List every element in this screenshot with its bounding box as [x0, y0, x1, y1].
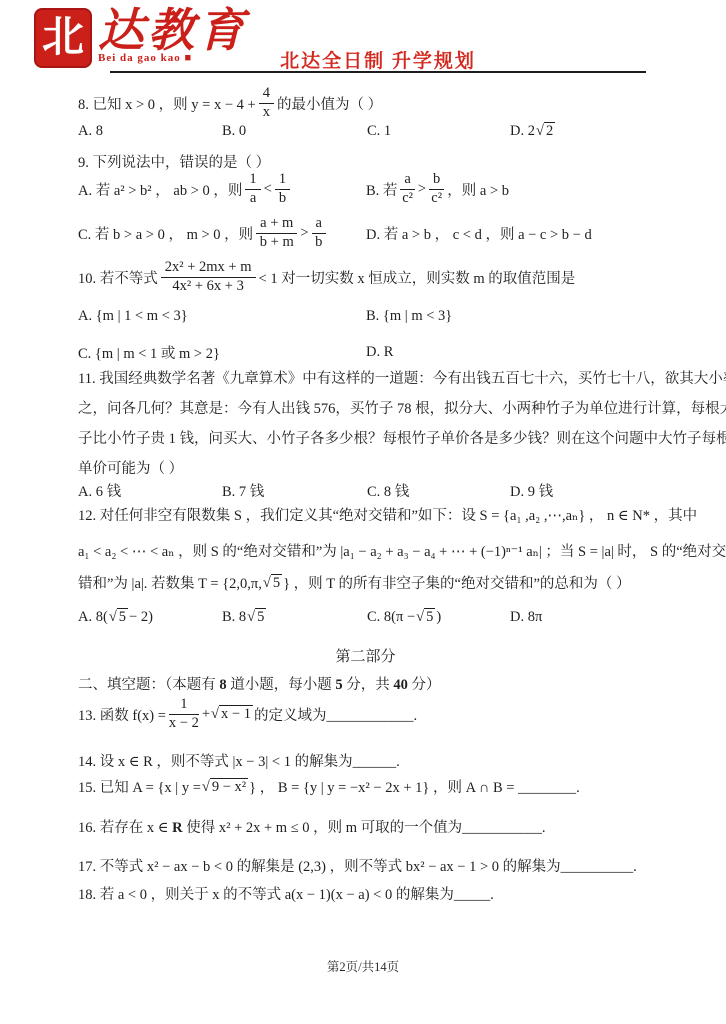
- option-label: C. 若 b > a > 0 ， m > 0 ，则: [78, 223, 253, 244]
- q11-option-a: A. 6 钱: [78, 480, 222, 501]
- q8-option-d: D. 2 √2: [510, 122, 653, 140]
- fraction: a + mb + m: [256, 216, 297, 251]
- fraction-denominator: x − 2: [169, 715, 199, 732]
- option-label: A. 8(: [78, 609, 108, 626]
- option-label: D. 若 a > b ， c < d ，则 a − c > b − d: [366, 223, 592, 244]
- radical-sign: √: [536, 123, 544, 139]
- fraction-denominator: b + m: [256, 234, 297, 251]
- fill-heading-text: 分）: [408, 677, 441, 693]
- q11-option-c: C. 8 钱: [367, 480, 510, 501]
- option-label: A. {m | 1 < m < 3}: [78, 308, 188, 325]
- part-2-heading: 第二部分: [78, 645, 653, 666]
- fill-heading-text: 分，共: [343, 677, 394, 693]
- fraction: ab: [312, 216, 326, 251]
- option-label: D. 2: [510, 123, 535, 140]
- q16-pre: 16. 若存在 x ∈: [78, 820, 172, 836]
- sqrt-expression: √2: [536, 122, 555, 140]
- option-label: B. 7 钱: [222, 480, 264, 501]
- question-13: 13. 函数 f(x) = 1 x − 2 + √x − 1 的定义域为____…: [78, 697, 653, 732]
- option-label: C. 1: [367, 123, 391, 140]
- q8-option-b: B. 0: [222, 122, 367, 140]
- q12-option-a: A. 8( √5 − 2): [78, 608, 222, 626]
- question-11-stem: 11. 我国经典数学名著《九章算术》中有这样的一道题：今有出钱五百七十六，买竹七…: [78, 364, 653, 484]
- exam-page: 北 达教育 Bei da gao kao ■ 北达全日制 升学规划 8. 已知 …: [0, 0, 726, 1024]
- sqrt-expression: √5: [416, 608, 435, 626]
- q12-option-d: D. 8π: [510, 608, 653, 626]
- radical-sign: √: [109, 609, 117, 625]
- q8-option-a: A. 8: [78, 122, 222, 140]
- q11-option-b: B. 7 钱: [222, 480, 367, 501]
- option-label: D. 8π: [510, 609, 542, 626]
- relation-sign: <: [264, 181, 272, 198]
- sqrt-expression: √5: [263, 574, 282, 592]
- option-text: ): [436, 609, 441, 626]
- q8-stem-post: 的最小值为（ ）: [277, 93, 382, 114]
- question-9-options-ab: A. 若 a² > b² ， ab > 0 ，则 1a < 1b B. 若 ac…: [78, 172, 653, 207]
- radicand: x − 1: [219, 705, 253, 723]
- fill-heading-text: 二、填空题：（本题有: [78, 677, 219, 693]
- q13-pre: 13. 函数 f(x) =: [78, 704, 166, 725]
- q8-option-c: C. 1: [367, 122, 510, 140]
- radicand: 5: [424, 608, 435, 626]
- radicand: 5: [271, 574, 282, 592]
- question-10-options-ab: A. {m | 1 < m < 3} B. {m | m < 3}: [78, 308, 653, 325]
- sqrt-expression: √x − 1: [211, 705, 253, 723]
- radicand: 2: [544, 122, 555, 140]
- fraction-denominator: b: [275, 190, 290, 207]
- logo-seal-char: 北: [42, 17, 84, 59]
- q16-real-set: R: [172, 820, 182, 836]
- option-label: B. 0: [222, 123, 246, 140]
- fraction-denominator: c²: [429, 190, 444, 207]
- option-text: − 2): [129, 609, 153, 626]
- q9-option-c: C. 若 b > a > 0 ， m > 0 ，则 a + mb + m > a…: [78, 216, 366, 251]
- fraction: 1a: [245, 172, 260, 207]
- q10-option-c: C. {m | m < 1 或 m > 2}: [78, 342, 366, 363]
- logo-seal: 北: [34, 8, 92, 68]
- option-label: A. 8: [78, 123, 103, 140]
- q11-line1: 11. 我国经典数学名著《九章算术》中有这样的一道题：今有出钱五百七十六，买竹七…: [78, 364, 653, 394]
- radical-sign: √: [211, 706, 219, 722]
- option-label: B. {m | m < 3}: [366, 308, 452, 325]
- radical-sign: √: [247, 609, 255, 625]
- header-rule: [110, 71, 646, 73]
- option-label: A. 6 钱: [78, 480, 121, 501]
- q12-option-c: C. 8(π − √5 ): [367, 608, 510, 626]
- fraction-numerator: 2x² + 2mx + m: [161, 260, 256, 278]
- q12-line1: 12. 对任何非空有限数集 S ，我们定义其“绝对交错和”如下：设 S = {a…: [78, 504, 653, 525]
- q12-line3-post: } ，则 T 的所有非空子集的“绝对交错和”的总和为（ ）: [283, 572, 630, 593]
- fraction-numerator: a + m: [256, 216, 297, 234]
- option-label: B. 8: [222, 609, 246, 626]
- q10-stem-post: < 1 对一切实数 x 恒成立，则实数 m 的取值范围是: [259, 267, 576, 288]
- question-16: 16. 若存在 x ∈ R 使得 x² + 2x + m ≤ 0 ，则 m 可取…: [78, 816, 653, 837]
- plus-sign: +: [202, 706, 210, 723]
- q12-line3-pre: 错和”为 |a|. 若数集 T = {2,0,π,: [78, 572, 262, 593]
- fill-points-total: 40: [393, 677, 408, 693]
- radicand: 9 − x²: [210, 778, 248, 796]
- fill-points-each: 5: [335, 677, 342, 693]
- fill-heading-text: 道小题，每小题: [227, 677, 336, 693]
- sqrt-expression: √9 − x²: [202, 778, 248, 796]
- q11-line2: 之，问各几何？其意是：今有人出钱 576，买竹子 78 根，拟分大、小两种竹子为…: [78, 394, 653, 424]
- question-8-options: A. 8 B. 0 C. 1 D. 2 √2: [78, 122, 653, 140]
- question-9-stem: 9. 下列说法中，错误的是（ ）: [78, 151, 653, 172]
- header-slogan: 北达全日制 升学规划: [110, 46, 646, 73]
- radicand: 5: [255, 608, 266, 626]
- fraction-denominator: c²: [400, 190, 414, 207]
- radicand: 5: [117, 608, 128, 626]
- fraction-numerator: 1: [169, 697, 199, 715]
- q10-fraction: 2x² + 2mx + m 4x² + 6x + 3: [161, 260, 256, 295]
- question-9-options-cd: C. 若 b > a > 0 ， m > 0 ，则 a + mb + m > a…: [78, 216, 653, 251]
- q9-option-b: B. 若 ac² > bc² ，则 a > b: [366, 172, 653, 207]
- q8-stem-pre: 8. 已知 x > 0 ，则 y = x − 4 +: [78, 93, 256, 114]
- fill-count: 8: [219, 677, 226, 693]
- fraction-denominator: a: [245, 190, 260, 207]
- radical-sign: √: [202, 779, 210, 795]
- q9-option-a: A. 若 a² > b² ， ab > 0 ，则 1a < 1b: [78, 172, 366, 207]
- option-label: D. R: [366, 344, 393, 361]
- question-10-options-cd: C. {m | m < 1 或 m > 2} D. R: [78, 342, 653, 363]
- fraction: bc²: [429, 172, 444, 207]
- fraction-denominator: b: [312, 234, 326, 251]
- relation-sign: >: [418, 181, 426, 198]
- sqrt-expression: √5: [247, 608, 266, 626]
- q10-option-b: B. {m | m < 3}: [366, 308, 653, 325]
- relation-sign: >: [300, 225, 308, 242]
- fraction-denominator: x: [259, 104, 274, 121]
- fraction: 1b: [275, 172, 290, 207]
- q15-pre: 15. 已知 A = {x | y =: [78, 776, 201, 797]
- radical-sign: √: [416, 609, 424, 625]
- fraction-numerator: 1: [275, 172, 290, 190]
- q16-post: 使得 x² + 2x + m ≤ 0 ，则 m 可取的一个值为_________…: [183, 820, 546, 836]
- option-label: C. 8 钱: [367, 480, 409, 501]
- q10-option-a: A. {m | 1 < m < 3}: [78, 308, 366, 325]
- fraction-numerator: b: [429, 172, 444, 190]
- q12-line2: a₁ < a₂ < ⋯ < aₙ ，则 S 的“绝对交错和”为 |a₁ − a₂…: [78, 540, 653, 561]
- question-18: 18. 若 a < 0 ，则关于 x 的不等式 a(x − 1)(x − a) …: [78, 883, 653, 904]
- question-17: 17. 不等式 x² − ax − b < 0 的解集是 (2,3) ，则不等式…: [78, 855, 653, 876]
- fraction-denominator: 4x² + 6x + 3: [161, 278, 256, 295]
- q11-line3: 子比小竹子贵 1 钱，问买大、小竹子各多少根？每根竹子单价各是多少钱？则在这个问…: [78, 424, 653, 454]
- q8-fraction: 4 x: [259, 86, 274, 121]
- option-text: ，则 a > b: [447, 179, 509, 200]
- fraction-numerator: 4: [259, 86, 274, 104]
- q10-option-d: D. R: [366, 342, 653, 363]
- fill-in-section-heading: 二、填空题：（本题有 8 道小题，每小题 5 分，共 40 分）: [78, 673, 653, 694]
- fraction-numerator: 1: [245, 172, 260, 190]
- question-14: 14. 设 x ∈ R ，则不等式 |x − 3| < 1 的解集为______…: [78, 750, 653, 771]
- option-label: D. 9 钱: [510, 480, 553, 501]
- question-12-options: A. 8( √5 − 2) B. 8 √5 C. 8(π − √5 ) D. 8…: [78, 608, 653, 626]
- question-11-options: A. 6 钱 B. 7 钱 C. 8 钱 D. 9 钱: [78, 480, 653, 501]
- q11-option-d: D. 9 钱: [510, 480, 653, 501]
- fraction: ac²: [400, 172, 414, 207]
- option-label: A. 若 a² > b² ， ab > 0 ，则: [78, 179, 242, 200]
- q12-option-b: B. 8 √5: [222, 608, 367, 626]
- q9-option-d: D. 若 a > b ， c < d ，则 a − c > b − d: [366, 216, 653, 251]
- option-label: C. 8(π −: [367, 609, 415, 626]
- q13-post: 的定义域为____________.: [254, 704, 417, 725]
- sqrt-expression: √5: [109, 608, 128, 626]
- q10-stem-pre: 10. 若不等式: [78, 267, 158, 288]
- question-8-stem: 8. 已知 x > 0 ，则 y = x − 4 + 4 x 的最小值为（ ）: [78, 86, 653, 121]
- fraction-numerator: a: [400, 172, 414, 190]
- q12-line3: 错和”为 |a|. 若数集 T = {2,0,π, √5 } ，则 T 的所有非…: [78, 572, 653, 593]
- option-label: C. {m | m < 1 或 m > 2}: [78, 342, 220, 363]
- option-label: B. 若: [366, 179, 397, 200]
- q13-fraction: 1 x − 2: [169, 697, 199, 732]
- q15-post: } ， B = {y | y = −x² − 2x + 1} ，则 A ∩ B …: [249, 776, 580, 797]
- page-number: 第2页/共14页: [0, 957, 726, 975]
- fraction-numerator: a: [312, 216, 326, 234]
- question-15: 15. 已知 A = {x | y = √9 − x² } ， B = {y |…: [78, 776, 653, 797]
- radical-sign: √: [263, 575, 271, 591]
- question-10-stem: 10. 若不等式 2x² + 2mx + m 4x² + 6x + 3 < 1 …: [78, 260, 653, 295]
